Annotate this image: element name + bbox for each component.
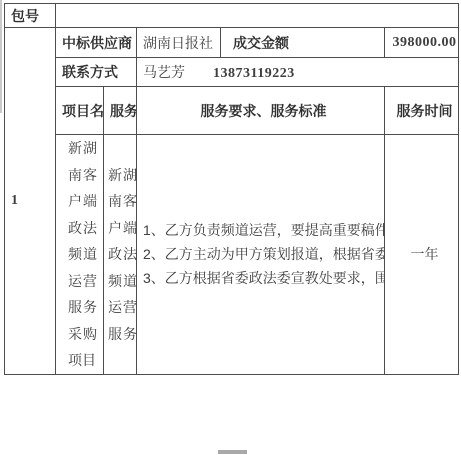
amount-label-cell: 成交金额 bbox=[221, 28, 385, 58]
vertical-text-line: 南客 bbox=[110, 188, 136, 215]
supplier-name-cell: 湖南日报社 bbox=[137, 28, 221, 58]
requirement-paragraph: 1、乙方负责频道运营，要提高重要稿件的阅读点击率，确保年内不少于 20 篇稿件点… bbox=[143, 218, 384, 242]
vertical-text-line: 采购 bbox=[62, 321, 103, 348]
project-name-cell: 新湖南客户端政法频道运营服务采购项目 bbox=[56, 135, 104, 375]
contact-value-cell: 马艺芳13873119223 bbox=[137, 58, 459, 87]
vertical-text-line: 政法 bbox=[62, 215, 103, 242]
package-empty-cell bbox=[56, 4, 459, 28]
amount-value-cell: 398000.00 bbox=[385, 28, 459, 58]
service-scope-cell: 新湖南客户端政法频道运营服务 bbox=[104, 135, 137, 375]
vertical-text-line: 南客 bbox=[62, 162, 103, 189]
requirement-paragraph: 2、乙方主动为甲方策划报道，根据省委政法委宣传教育处要求，及时制定采编工作计划并… bbox=[143, 242, 384, 266]
package-number-cell: 1 bbox=[5, 28, 56, 375]
header-service-scope: 服务范围 bbox=[104, 87, 137, 135]
header-requirements: 服务要求、服务标准 bbox=[137, 87, 385, 135]
requirement-paragraph: 3、乙方根据省委政法委宣教处要求，围绕年度重大主题宣传和政法中心工作，开设相应专… bbox=[143, 266, 384, 290]
vertical-text-line: 户端 bbox=[110, 215, 136, 242]
vertical-text-line: 户端 bbox=[62, 188, 103, 215]
contact-label-cell: 联系方式 bbox=[56, 58, 137, 87]
service-time-cell: 一年 bbox=[385, 135, 459, 375]
contact-name: 马艺芳 bbox=[143, 64, 185, 80]
page-edge-artifact bbox=[0, 0, 2, 113]
vertical-text-line: 频道 bbox=[62, 241, 103, 268]
vertical-text-line: 运营 bbox=[62, 268, 103, 295]
vertical-text-line: 服务 bbox=[110, 321, 136, 348]
package-label-cell: 包号 bbox=[5, 4, 56, 28]
vertical-text-line: 服务 bbox=[62, 294, 103, 321]
requirements-cell: 1、乙方负责频道运营，要提高重要稿件的阅读点击率，确保年内不少于 20 篇稿件点… bbox=[137, 135, 385, 375]
vertical-text-line: 新湖 bbox=[110, 162, 136, 189]
header-service-time: 服务时间 bbox=[385, 87, 459, 135]
header-project-name: 项目名称 bbox=[56, 87, 104, 135]
contact-phone: 13873119223 bbox=[213, 66, 295, 81]
vertical-text-line: 频道 bbox=[110, 268, 136, 295]
vertical-text-line: 新湖 bbox=[62, 135, 103, 162]
supplier-label-cell: 中标供应商 bbox=[56, 28, 137, 58]
horizontal-scrollbar-thumb[interactable] bbox=[218, 450, 247, 454]
award-table: 包号 1 中标供应商 湖南日报社 成交金额 398000.00 联系方式 马艺芳… bbox=[4, 3, 459, 375]
vertical-text-line: 项目 bbox=[62, 347, 103, 374]
vertical-text-line: 政法 bbox=[110, 241, 136, 268]
vertical-text-line: 运营 bbox=[110, 294, 136, 321]
